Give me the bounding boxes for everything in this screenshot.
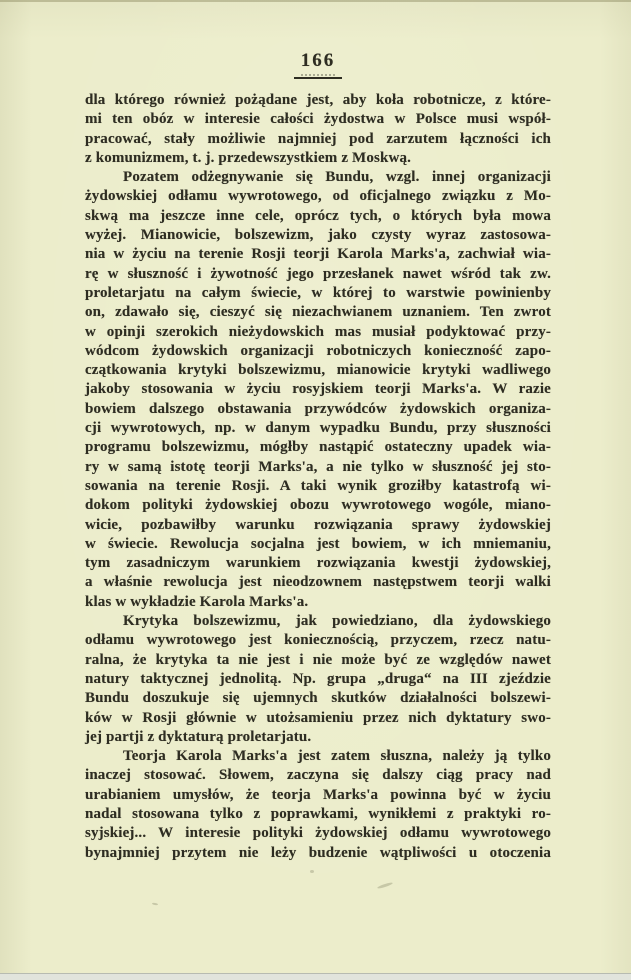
text-line: natury taktycznej jednolitą. Np. grupa „… [85,670,551,689]
text-line: Pozatem odżegnywanie się Bundu, wzgl. in… [85,168,551,187]
text-line: pracować, stały możliwie najmniej pod za… [85,130,551,149]
text-line: żydowskiej odłamu wywrotowego, od oficja… [85,187,551,206]
text-block: dla którego również pożądane jest, aby k… [85,91,551,863]
text-line: dokom polityki żydowskiej obozu wywrotow… [85,496,551,515]
text-line: tym zasadniczym warunkiem rozwiązania kw… [85,554,551,573]
text-line: urabianiem umysłów, że teorja Marks'a po… [85,786,551,805]
text-line: ków w Rosji głównie w utożsamieniu przez… [85,709,551,728]
text-line: a właśnie rewolucja jest nieodzownem nas… [85,573,551,592]
page-number: 166 [294,50,343,79]
paragraph: dla którego również pożądane jest, aby k… [85,91,551,168]
text-line: dla którego również pożądane jest, aby k… [85,91,551,110]
text-line: bynajmniej przytem nie leży budzenie wąt… [85,844,551,863]
text-line: proletarjatu na całym świecie, w której … [85,284,551,303]
text-line: nia w życiu na terenie Rosji teorji Karo… [85,245,551,264]
text-line: rę w słuszność i żywotność jego przesłan… [85,265,551,284]
text-line: wyżej. Mianowicie, bolszewizm, jako czys… [85,226,551,245]
text-line: wódcom żydowskich organizacji robotniczy… [85,342,551,361]
paragraph: Teorja Karola Marks'a jest zatem słuszna… [85,747,551,863]
text-line: jakoby stosowania w życiu rosyjskiem teo… [85,380,551,399]
text-line: Teorja Karola Marks'a jest zatem słuszna… [85,747,551,766]
paragraph: Pozatem odżegnywanie się Bundu, wzgl. in… [85,168,551,612]
text-line: wicie, pozbawiłby warunku rozwiązania sp… [85,516,551,535]
paper-speck [152,902,158,905]
text-line: mi ten obóz w interesie całości żydostwa… [85,110,551,129]
paper-speck [377,882,393,890]
paper-speck [310,870,314,873]
text-line: on, zdawało się, cieszyć się niezachwian… [85,303,551,322]
text-line: z komunizmem, t. j. przedewszystkiem z M… [85,149,551,168]
page-header: 166 [85,50,551,79]
text-line: nadal stosowana tylko z poprawkami, wyni… [85,805,551,824]
text-line: Krytyka bolszewizmu, jak powiedziano, dl… [85,612,551,631]
text-line: czątkowania krytyki bolszewizmu, mianowi… [85,361,551,380]
text-line: inaczej stosować. Słowem, zaczyna się da… [85,766,551,785]
text-line: sowania na terenie Rosji. A taki wynik g… [85,477,551,496]
paragraph: Krytyka bolszewizmu, jak powiedziano, dl… [85,612,551,747]
book-page: 166 dla którego również pożądane jest, a… [0,0,631,980]
scan-edge-bottom [0,973,631,980]
text-line: klas w wykładzie Karola Marks'a. [85,593,551,612]
text-line: ralna, że krytyka ta nie jest i nie może… [85,651,551,670]
text-line: cji wywrotowych, np. w danym wypadku Bun… [85,419,551,438]
text-line: bowiem dalszego obstawania przywódców ży… [85,400,551,419]
text-line: w świecie. Rewolucja socjalna jest bowie… [85,535,551,554]
text-line: odłamu wywrotowego jest koniecznością, p… [85,631,551,650]
text-line: programu bolszewizmu, mógłby nastąpić os… [85,438,551,457]
text-line: w opinji szerokich nieżydowskich mas mus… [85,323,551,342]
text-line: Bundu doszukuje się ujemnych skutków dzi… [85,689,551,708]
scan-edge-top [0,0,631,2]
text-line: skwą ma jeszcze inne cele, oprócz tych, … [85,207,551,226]
text-line: jej partji z dyktaturą proletarjatu. [85,728,551,747]
text-line: ry w samą istotę teorji Marks'a, a nie t… [85,458,551,477]
text-line: syjskiej... W interesie polityki żydowsk… [85,824,551,843]
